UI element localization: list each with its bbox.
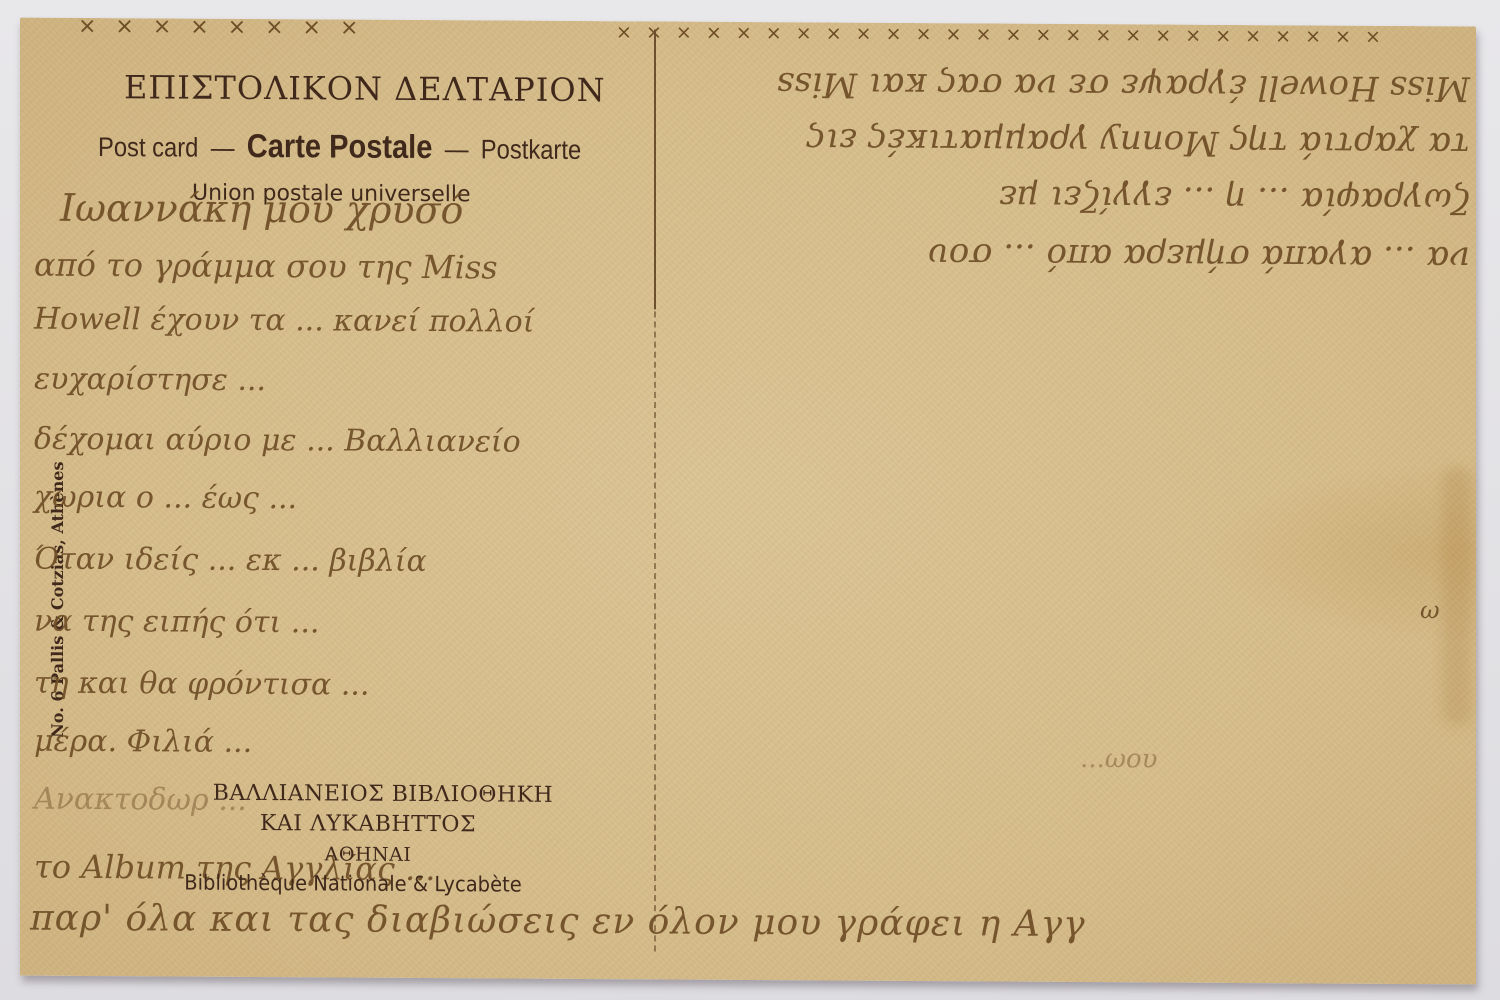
photo-caption: ΒΑΛΛΙΑΝΕΙΟΣ ΒΙΒΛΙΟΘΗΚΗ ΚΑΙ ΛΥΚΑΒΗΤΤΟΣ ΑΘ… [108,778,628,899]
faint-handwriting: ω [1420,596,1440,624]
handwriting-upside-down: τα χαρτιά της Monny γραμματικές εις [670,120,1470,165]
center-divider-line [654,29,656,309]
handwriting-upside-down: να ... αγαπά σήμερα από ... σου [670,234,1470,279]
caption-line-3: ΑΘΗΝΑΙ [108,838,628,871]
handwriting-line: μέρα. Φιλιά ... [34,724,252,760]
caption-line-4: Bibliothèque Nationale & Lycabète [97,868,609,899]
postcard: × × × × × × × × × × × × × × × × × × × × … [20,18,1476,985]
handwriting-line: ευχαρίστησε ... [34,362,266,398]
handwriting-line: Όταν ιδείς ... εκ ... βιβλία [34,542,427,579]
subtitle-german: Postkarte [481,134,581,166]
postcard-subtitle: Post card — Carte Postale — Postkarte [98,126,581,167]
center-divider-dashed [654,311,656,951]
handwritten-crosses-left: × × × × × × × × [78,14,364,41]
subtitle-english: Post card [98,132,198,164]
handwriting-line: να της ειπής ότι ... [34,604,319,641]
photo-background: × × × × × × × × × × × × × × × × × × × × … [0,0,1500,1000]
handwriting-line: τη και θα φρόντισα ... [34,666,369,703]
handwriting-line: από το γράμμα σου της Miss [34,246,498,287]
handwriting-line: Ιωαννάκη μου χρυσό [60,186,463,232]
subtitle-separator: — [445,134,469,165]
subtitle-french: Carte Postale [247,127,433,166]
subtitle-separator: — [211,133,235,164]
caption-line-1: ΒΑΛΛΙΑΝΕΙΟΣ ΒΙΒΛΙΟΘΗΚΗ [108,778,628,811]
handwriting-bottom-line: παρ' όλα και τας διαβιώσεις εν όλον μου … [30,898,1086,945]
handwriting-line: χωρια ο ... έως ... [34,480,297,517]
handwriting-upside-down: Miss Howell έγραψε σε να σας και Miss [670,64,1470,109]
handwriting-line: Howell έχουν τα ... κανεί πολλοί [34,302,534,340]
postcard-title-greek: ΕΠΙΣΤΟΛΙΚΟΝ ΔΕΛΤΑΡΙΟΝ [124,68,606,109]
faint-handwriting: ...ωου [1080,744,1157,774]
handwriting-upside-down: ζωγραφία ... η ... εγγίζει με [700,176,1470,221]
handwriting-line: δέχομαι αύριο με ... Βαλλιανείο [34,422,521,460]
paper-stain [1442,466,1472,726]
handwritten-crosses-right: × × × × × × × × × × × × × × × × × × × × … [616,21,1385,48]
caption-line-2: ΚΑΙ ΛΥΚΑΒΗΤΤΟΣ [108,808,628,841]
